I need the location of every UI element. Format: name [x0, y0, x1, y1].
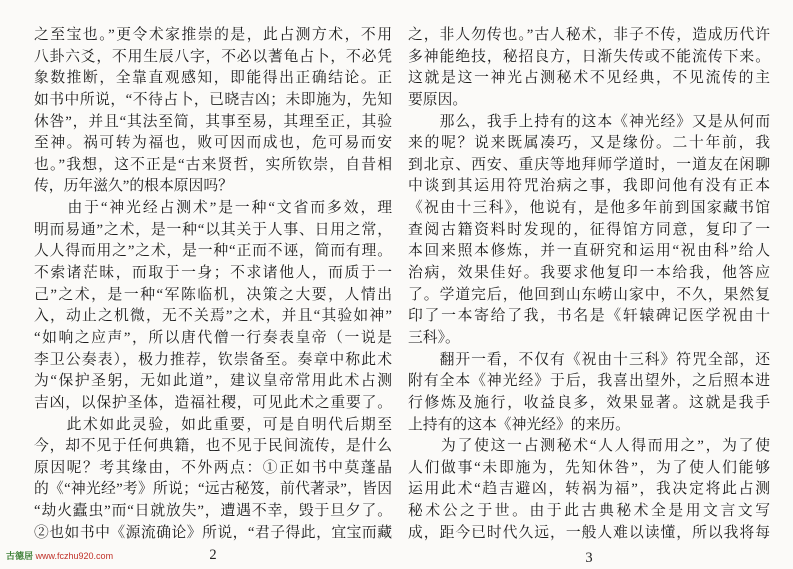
text-line: 行修炼及施行，收益良多，效果显著。这就是我手	[408, 393, 770, 415]
text-line: 印了一本寄给了我，书名是《轩辕碑记医学祝由十	[408, 306, 770, 328]
text-line: 的《“神光经”考》所说；“远古秘笈，前代著录”，皆因	[34, 479, 392, 501]
text-line: 秘术公之于世。由于此古典秘术全是用文言文写	[408, 501, 770, 523]
text-line: 休咎”，并且“其法至简，其事至易，其理至正，其验	[34, 112, 392, 134]
page-left: 之至宝也。”更令术家推崇的是，此占测方术，不用八卦六爻，不用生辰八字，不必以蓍龟…	[34, 25, 392, 564]
text-line: “如响之应声”，所以唐代僧一行奏表皇帝（一说是	[34, 328, 392, 350]
text-line: 此术如此灵验，如此重要，可是自明代后期至	[34, 415, 392, 437]
text-line: 运用此术“趋吉避凶，转祸为福”，我决定将此占测	[408, 479, 770, 501]
book-scan: 之至宝也。”更令术家推崇的是，此占测方术，不用八卦六爻，不用生辰八字，不必以蓍龟…	[0, 0, 793, 569]
text-line: 入，动止之机微，无不关焉”之术，并且“其验如神”	[34, 306, 392, 328]
text-line: 多神能绝技，秘招良方，日渐失传或不能流传下来。	[408, 47, 770, 69]
text-line: 之，非人勿传也。”古人秘术，非子不传，造成历代许	[408, 25, 770, 47]
text-line: 人们做事“未即施为，先知休咎”，为了使人们能够	[408, 458, 770, 480]
text-line: 这就是这一神光占测秘术不见经典，不见流传的主	[408, 68, 770, 90]
text-line: 治病，效果佳好。我要求他复印一本给我，他答应	[408, 263, 770, 285]
text-line: “劫火蠹虫”而“日就放失”，遭遇不幸，毁于旦夕了。	[34, 501, 392, 523]
text-line: 三科》。	[408, 328, 770, 350]
page-right-text: 之，非人勿传也。”古人秘术，非子不传，造成历代许多神能绝技，秘招良方，日渐失传或…	[408, 25, 770, 544]
text-line: 附有全本《神光经》于后，我喜出望外，之后照本进	[408, 371, 770, 393]
text-line: 今，却不见于任何典籍，也不见于民间流传，是什么	[34, 436, 392, 458]
text-line: 传，历年滋久”的根本原因吗？	[34, 176, 392, 198]
watermark: 古德居 www.fczhu920.com	[6, 551, 113, 562]
text-line: 己”之术，是一种“军陈临机，决策之大要，人情出	[34, 285, 392, 307]
page-left-text: 之至宝也。”更令术家推崇的是，此占测方术，不用八卦六爻，不用生辰八字，不必以蓍龟…	[34, 25, 392, 544]
text-line: 由于“神光经占测术”是一种“文省而多效，理	[34, 198, 392, 220]
text-line: 上持有的这本《神光经》的来历。	[408, 415, 770, 437]
text-line: 不索诸茫昧，而取于一身；不求诸他人，而质于一	[34, 263, 392, 285]
text-line: 为了使这一占测秘术“人人得而用之”，为了使	[408, 436, 770, 458]
text-line: 吉凶，以保护圣体，造福社稷，可见此术之重要了。	[34, 393, 392, 415]
text-line: 明而易通”之术，是一种“以其关于人事、日用之常，	[34, 220, 392, 242]
text-line: ②也如书中《源流确论》所说，“君子得此，宜宝而藏	[34, 523, 392, 545]
text-line: 李卫公奏表），极力推荐，钦崇备至。奏章中称此术	[34, 350, 392, 372]
text-line: 至神。祸可转为福也，败可因而成也，危可易而安	[34, 133, 392, 155]
text-line: 了。学道完后，他回到山东崂山家中，不久，果然复	[408, 285, 770, 307]
text-line: 成，距今已时代久远，一般人难以读懂，所以我将每	[408, 523, 770, 545]
text-line: 之至宝也。”更令术家推崇的是，此占测方术，不用	[34, 25, 392, 47]
text-line: 《祝由十三科》，他说有，是他多年前到国家藏书馆	[408, 198, 770, 220]
text-line: 为“保护圣躬，无如此道”，建议皇帝常用此术占测	[34, 371, 392, 393]
text-line: 也。”我想，这不正是“古来贤哲，实所钦崇，自昔相	[34, 155, 392, 177]
text-line: 来的呢？说来既属凑巧，又是缘份。二十年前，我	[408, 133, 770, 155]
text-line: 中谈到其运用符咒治病之事，我即问他有没有正本	[408, 176, 770, 198]
text-line: 象数推断，全靠直观感知，即能得出正确结论。正	[34, 68, 392, 90]
text-line: 翻开一看，不仅有《祝由十三科》符咒全部，还	[408, 350, 770, 372]
text-line: 那么，我手上持有的这本《神光经》又是从何而	[408, 112, 770, 134]
text-line: 人人得而用之”之术，是一种“正而不诬，简而有理。	[34, 241, 392, 263]
text-line: 如书中所说，“不待占卜，已晓吉凶；未即施为，先知	[34, 90, 392, 112]
text-line: 原因呢？考其缘由，不外两点：①正如书中莫蓬晶	[34, 458, 392, 480]
watermark-url: www.fczhu920.com	[36, 551, 114, 561]
watermark-site-name: 古德居	[6, 551, 33, 561]
text-line: 本回来照本修炼，并一直研究和运用“祝由科”给人	[408, 241, 770, 263]
page-number-right: 3	[408, 550, 770, 567]
text-line: 查阅古籍资料时发现的，征得馆方同意，复印了一	[408, 220, 770, 242]
text-line: 到北京、西安、重庆等地拜师学道时，一道友在闲聊	[408, 155, 770, 177]
page-right: 之，非人勿传也。”古人秘术，非子不传，造成历代许多神能绝技，秘招良方，日渐失传或…	[408, 25, 770, 567]
text-line: 要原因。	[408, 90, 770, 112]
text-line: 八卦六爻，不用生辰八字，不必以蓍龟占卜，不必凭	[34, 47, 392, 69]
